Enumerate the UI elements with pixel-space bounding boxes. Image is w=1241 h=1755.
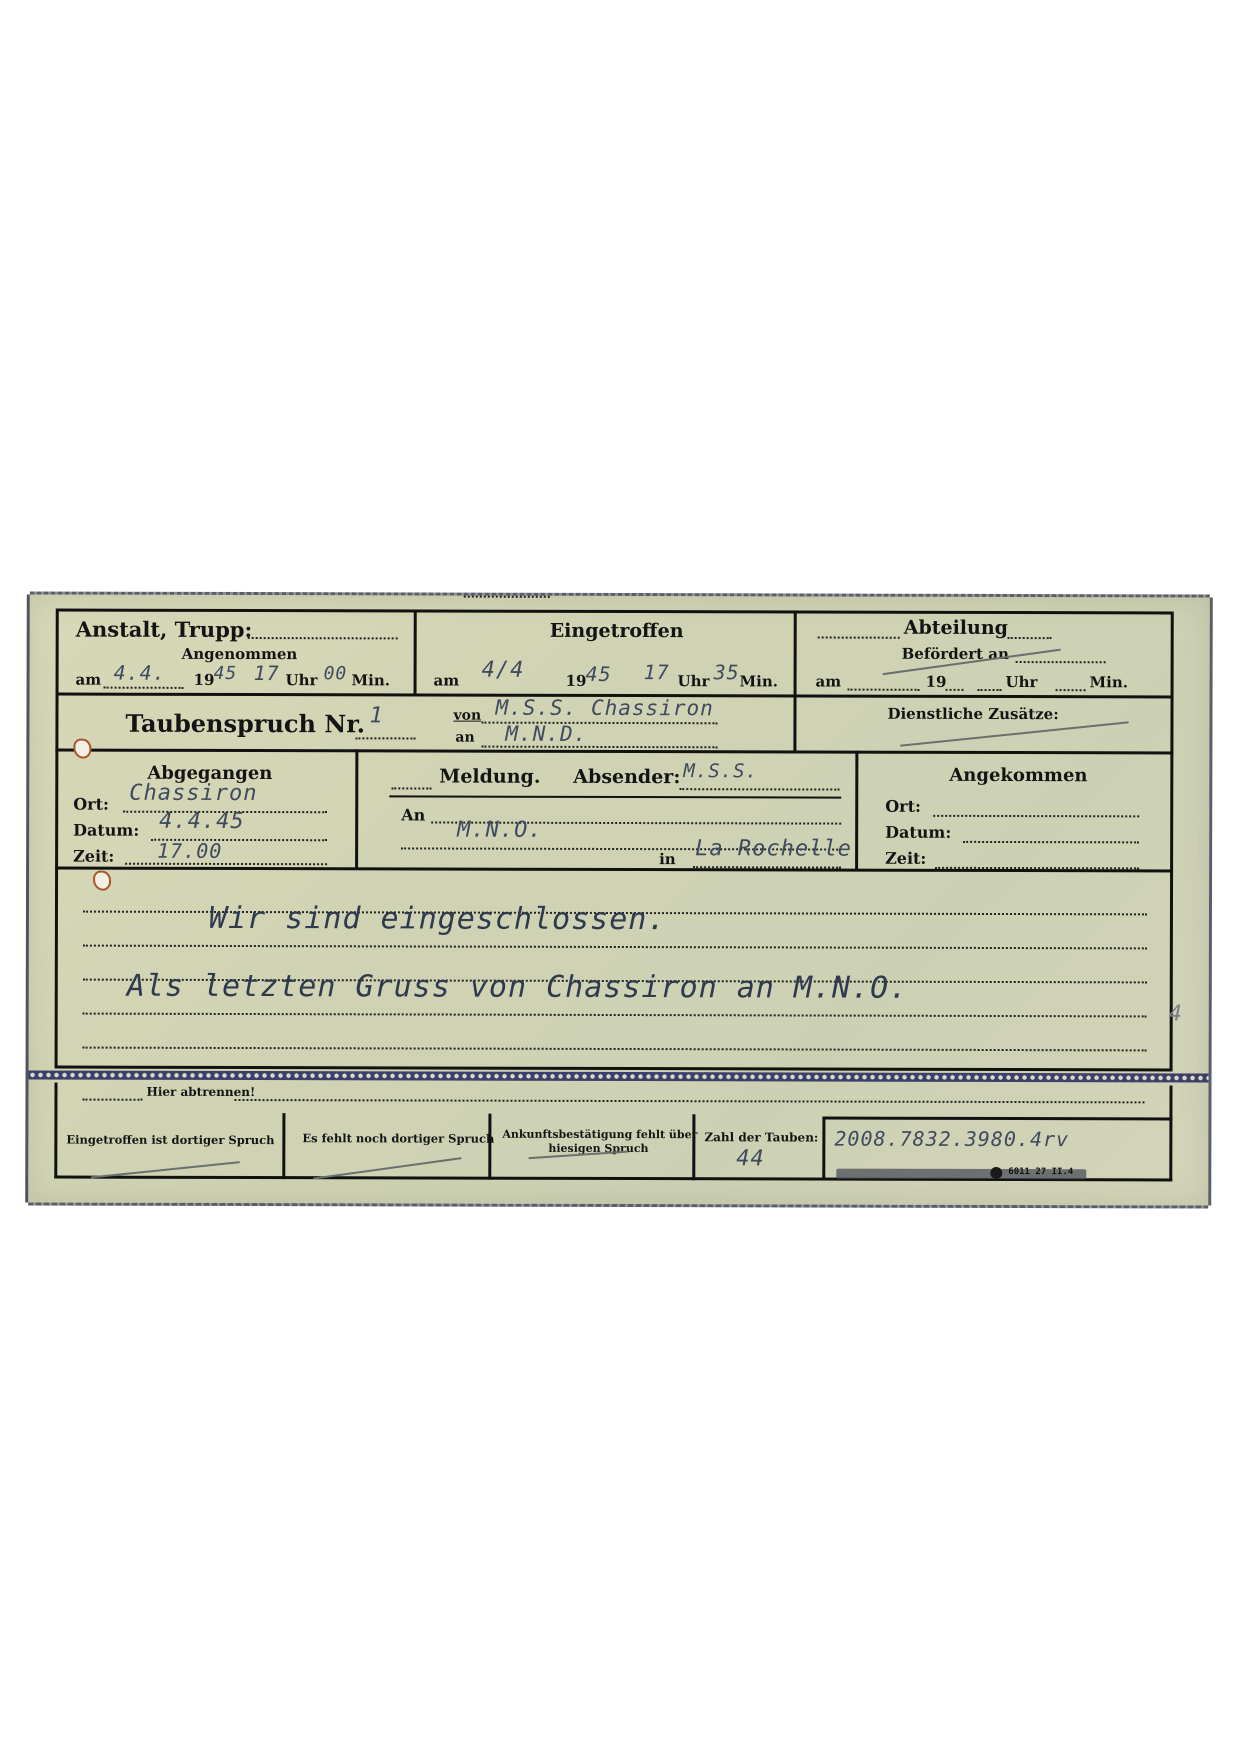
message-line-2: Als letzten Gruss von Chassiron an M.N.O… <box>127 969 909 1006</box>
uhr-label: Uhr <box>678 672 710 690</box>
abgegangen-zeit-value: 17.00 <box>157 839 222 863</box>
eingetroffen-min-value: 35 <box>714 660 740 684</box>
uhr-label: Uhr <box>286 671 318 689</box>
in-label: in <box>659 850 676 868</box>
befoerdert-label: Befördert an <box>902 645 1009 663</box>
spruch-number-value: 1 <box>369 703 383 728</box>
abteilung-year-field[interactable] <box>946 689 964 691</box>
margin-note: 4 <box>1169 1001 1183 1026</box>
printer-mark-icon <box>990 1167 1002 1179</box>
angenommen-date-field[interactable] <box>104 687 184 689</box>
abteilung-label: Abteilung <box>904 617 1008 639</box>
footer-es-fehlt: Es fehlt noch dortiger Spruch <box>302 1131 494 1146</box>
footer-zahl-value: 44 <box>736 1146 765 1171</box>
rust-hole <box>93 871 111 891</box>
angenommen-date-value: 4.4. <box>114 661 166 685</box>
ort-label: Ort: <box>885 797 921 816</box>
divider <box>692 1114 695 1180</box>
divider <box>355 749 358 869</box>
divider <box>414 609 417 693</box>
eingetroffen-label: Eingetroffen <box>550 620 684 642</box>
angenommen-label: Angenommen <box>182 645 298 663</box>
anstalt-label: Anstalt, Trupp: <box>76 617 253 642</box>
pigeon-message-form: Anstalt, Trupp: Angenommen am 4.4. 19 45… <box>25 594 1213 1205</box>
eingetroffen-hour-value: 17 <box>644 660 670 684</box>
form-title: Taubenspruch Nr. <box>125 709 365 739</box>
angenommen-hour-value: 17 <box>254 661 280 685</box>
uhr-label: Uhr <box>1006 673 1038 691</box>
divider <box>822 1117 825 1181</box>
divider <box>793 610 796 750</box>
befoerdert-field[interactable] <box>1016 661 1106 663</box>
am-label: am <box>816 673 842 691</box>
archive-number: 2008.7832.3980.4rv <box>834 1127 1069 1152</box>
min-label: Min. <box>352 671 390 689</box>
spruch-number-field[interactable] <box>355 737 415 739</box>
min-label: Min. <box>1090 673 1128 691</box>
meldung-in-value: La Rochelle <box>695 836 852 861</box>
tear-off-label: Hier abtrennen! <box>146 1085 255 1099</box>
eingetroffen-date-value: 4/4 <box>482 658 525 683</box>
print-code: 6011 27 II.4 <box>1008 1167 1073 1177</box>
divider <box>855 751 858 871</box>
an-label: an <box>455 730 474 746</box>
von-value: M.S.S. Chassiron <box>495 696 713 721</box>
zeit-label: Zeit: <box>73 847 114 866</box>
abteilung-date-field[interactable] <box>848 689 920 691</box>
abgegangen-datum-value: 4.4.45 <box>159 809 245 834</box>
meldung-an-label: An <box>401 805 425 824</box>
angenommen-min-value: 00 <box>324 663 348 684</box>
abgegangen-ort-value: Chassiron <box>129 781 257 806</box>
an-value: M.N.D. <box>505 722 587 746</box>
absender-field[interactable] <box>679 788 839 790</box>
year-prefix: 19 <box>194 671 215 689</box>
angekommen-label: Angekommen <box>949 765 1087 786</box>
meldung-pre-field[interactable] <box>391 787 431 789</box>
footer-zahl-label: Zahl der Tauben: <box>704 1130 818 1144</box>
dienstliche-label: Dienstliche Zusätze: <box>887 705 1058 723</box>
year-prefix: 19 <box>566 672 587 690</box>
zeit-label: Zeit: <box>885 849 926 868</box>
abteilung-field[interactable] <box>1008 637 1052 639</box>
meldung-an-value: M.N.O. <box>457 818 543 843</box>
anstalt-field[interactable] <box>248 637 398 639</box>
am-label: am <box>76 671 102 689</box>
min-label: Min. <box>740 672 778 690</box>
year-prefix: 19 <box>926 673 947 691</box>
angenommen-year-value: 45 <box>214 663 238 684</box>
divider <box>488 1114 491 1180</box>
footer-ankunft-line1: Ankunftsbestätigung fehlt über <box>502 1128 697 1142</box>
meldung-label: Meldung. <box>439 766 540 788</box>
divider <box>282 1113 285 1179</box>
ort-label: Ort: <box>73 795 109 814</box>
abteilung-hour-field[interactable] <box>978 689 1002 691</box>
footer-eingetroffen: Eingetroffen ist dortiger Spruch <box>66 1133 274 1148</box>
message-line-1: Wir sind eingeschlossen. <box>209 901 667 937</box>
von-label: von <box>453 708 481 724</box>
abteilung-pre-field[interactable] <box>818 637 900 639</box>
eingetroffen-year-value: 45 <box>586 662 612 686</box>
absender-value: M.S.S. <box>683 760 758 782</box>
meldung-in-field[interactable] <box>693 866 841 868</box>
am-label: am <box>434 672 460 690</box>
eingetroffen-date-field[interactable] <box>464 596 550 598</box>
rust-hole <box>73 739 91 759</box>
tear-off-perforation[interactable] <box>29 1070 1209 1082</box>
dotted-rule <box>82 1099 142 1101</box>
datum-label: Datum: <box>885 823 951 842</box>
absender-label: Absender: <box>573 766 680 788</box>
datum-label: Datum: <box>73 821 139 840</box>
abteilung-min-field[interactable] <box>1056 689 1086 691</box>
